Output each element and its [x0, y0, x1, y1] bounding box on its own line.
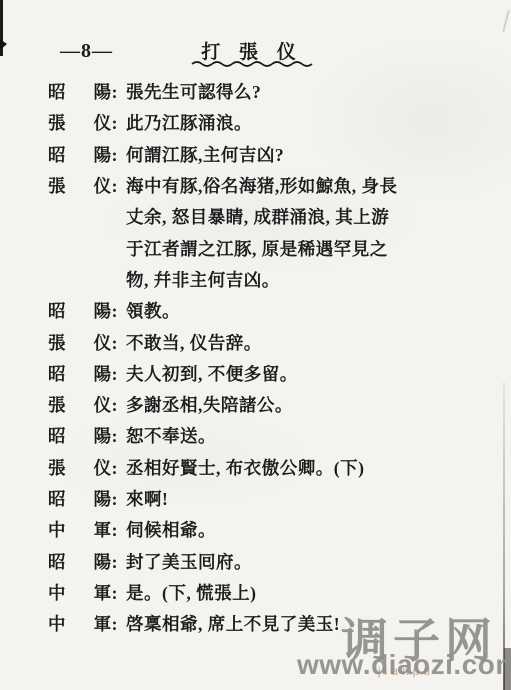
speaker-char-2: 仪:: [94, 110, 118, 135]
speaker-char-1: 昭: [48, 423, 66, 448]
speaker-char-1: 張: [48, 173, 66, 198]
dialogue-text: 封了美玉囘府。: [126, 549, 252, 574]
dialogue-text: 啓稟相爺, 席上不見了美玉!: [126, 611, 340, 636]
dialogue-text: 海中有豚,俗名海猪,形如鯨魚, 身長: [126, 173, 398, 198]
dialogue-line: 中 軍: 伺候相爺。: [48, 514, 501, 545]
dialogue-text: 丞相好賢士, 布衣傲公卿。(下): [126, 455, 364, 480]
dialogue-text: 物, 幷非主何吉凶。: [126, 267, 280, 292]
dialogue-line: 張 仪: 不敢当, 仪告辞。: [48, 326, 501, 357]
speaker-name: 昭 陽:: [48, 142, 118, 167]
speaker-char-2: 仪:: [94, 330, 118, 355]
speaker-char-2: 仪:: [94, 392, 118, 417]
dialogue-line: 張 仪: 多謝丞相,失陪諸公。: [48, 389, 501, 420]
dialogue-text: 是。(下, 慌張上): [126, 580, 256, 605]
dialogue-text: 領教。: [126, 298, 180, 323]
dialogue-line: 張 仪: 丞相好賢士, 布衣傲公卿。(下): [48, 452, 501, 483]
dialogue-line: 昭 陽: 恕不奉送。: [48, 420, 501, 451]
dialogue-line: 昭 陽: 何謂江豚,主何吉凶?: [48, 139, 501, 170]
speaker-char-2: 軍:: [94, 517, 118, 542]
speaker-char-1: 昭: [48, 361, 66, 386]
dialogue-text: 恕不奉送。: [126, 423, 216, 448]
dialogue-line: 昭 陽: 領教。: [48, 295, 501, 326]
speaker-char-2: 仪:: [94, 455, 118, 480]
speaker-char-1: 張: [48, 110, 66, 135]
speaker-name: 昭 陽:: [48, 361, 118, 386]
speaker-char-2: 仪:: [94, 173, 118, 198]
dialogue-text: 張先生可認得么?: [126, 79, 261, 104]
scan-artifact-right-edge: [503, 382, 505, 690]
scan-artifact-top-right: [502, 10, 509, 32]
speaker-char-1: 中: [48, 517, 66, 542]
dialogue-line: 昭 陽: 夫人初到, 不便多留。: [48, 358, 501, 389]
dialogue-line: 張 仪: 海中有豚,俗名海猪,形如鯨魚, 身長: [48, 170, 501, 201]
speaker-char-2: 軍:: [94, 611, 118, 636]
dialogue-text: 來啊!: [126, 486, 168, 511]
speaker-char-1: 昭: [48, 486, 66, 511]
speaker-name: 中 軍:: [48, 580, 118, 605]
dialogue-text: 伺候相爺。: [126, 517, 216, 542]
dialogue-text: 丈余, 怒目暴睛, 成群涌浪, 其上游: [126, 204, 389, 229]
speaker-char-2: 陽:: [94, 298, 118, 323]
speaker-name: 張 仪:: [48, 330, 118, 355]
speaker-char-2: 陽:: [94, 142, 118, 167]
speaker-char-1: 中: [48, 580, 66, 605]
watermark-site-url: www.diaozi.com: [297, 649, 511, 681]
dialogue-text: 何謂江豚,主何吉凶?: [126, 142, 284, 167]
speaker-char-2: 陽:: [94, 79, 118, 104]
dialogue-line: 于江者謂之江豚, 原是稀遇罕見之: [48, 232, 501, 263]
speaker-char-1: 昭: [48, 298, 66, 323]
speaker-char-2: 陽:: [94, 549, 118, 574]
speaker-name: 張 仪:: [48, 110, 118, 135]
dialogue-line: 昭 陽: 來啊!: [48, 483, 501, 514]
speaker-char-1: 張: [48, 392, 66, 417]
speaker-name: 昭 陽:: [48, 549, 118, 574]
dialogue-line: 物, 幷非主何吉凶。: [48, 264, 501, 295]
dialogue-list: 昭 陽: 張先生可認得么? 張 仪: 此乃江豚涌浪。 昭 陽: 何謂江豚,主何吉…: [48, 76, 501, 639]
speaker-char-1: 昭: [48, 79, 66, 104]
speaker-name: 中 軍:: [48, 517, 118, 542]
speaker-name: 張 仪:: [48, 392, 118, 417]
speaker-char-1: 張: [48, 455, 66, 480]
page-number: —8—: [60, 40, 113, 63]
dialogue-line: 張 仪: 此乃江豚涌浪。: [48, 107, 501, 138]
speaker-char-1: 昭: [48, 142, 66, 167]
speaker-char-1: 張: [48, 330, 66, 355]
speaker-char-1: 中: [48, 611, 66, 636]
dialogue-line: 昭 陽: 封了美玉囘府。: [48, 545, 501, 576]
dialogue-text: 于江者謂之江豚, 原是稀遇罕見之: [126, 236, 388, 261]
speaker-name: 昭 陽:: [48, 298, 118, 323]
speaker-char-2: 陽:: [94, 361, 118, 386]
speaker-name: 昭 陽:: [48, 79, 118, 104]
dialogue-line: 昭 陽: 張先生可認得么?: [48, 76, 501, 107]
speaker-char-2: 陽:: [94, 486, 118, 511]
speaker-name: 中 軍:: [48, 611, 118, 636]
speaker-name: 張 仪:: [48, 173, 118, 198]
speaker-name: 昭 陽:: [48, 486, 118, 511]
speaker-char-2: 軍:: [94, 580, 118, 605]
speaker-name: 昭 陽:: [48, 423, 118, 448]
dialogue-line: 丈余, 怒目暴睛, 成群涌浪, 其上游: [48, 201, 501, 232]
dialogue-text: 多謝丞相,失陪諸公。: [126, 392, 293, 417]
dialogue-text: 此乃江豚涌浪。: [126, 110, 252, 135]
speaker-char-1: 昭: [48, 549, 66, 574]
dialogue-text: 不敢当, 仪告辞。: [126, 330, 262, 355]
dialogue-text: 夫人初到, 不便多留。: [126, 361, 298, 386]
scanned-script-page: —8— 打 張 仪 昭 陽: 張先生可認得么? 張 仪: 此乃江豚涌浪。 昭 陽…: [0, 0, 511, 690]
scan-artifact-left-tick: [0, 39, 7, 50]
speaker-char-2: 陽:: [94, 423, 118, 448]
speaker-name: 張 仪:: [48, 455, 118, 480]
wavy-underline: [191, 59, 313, 69]
